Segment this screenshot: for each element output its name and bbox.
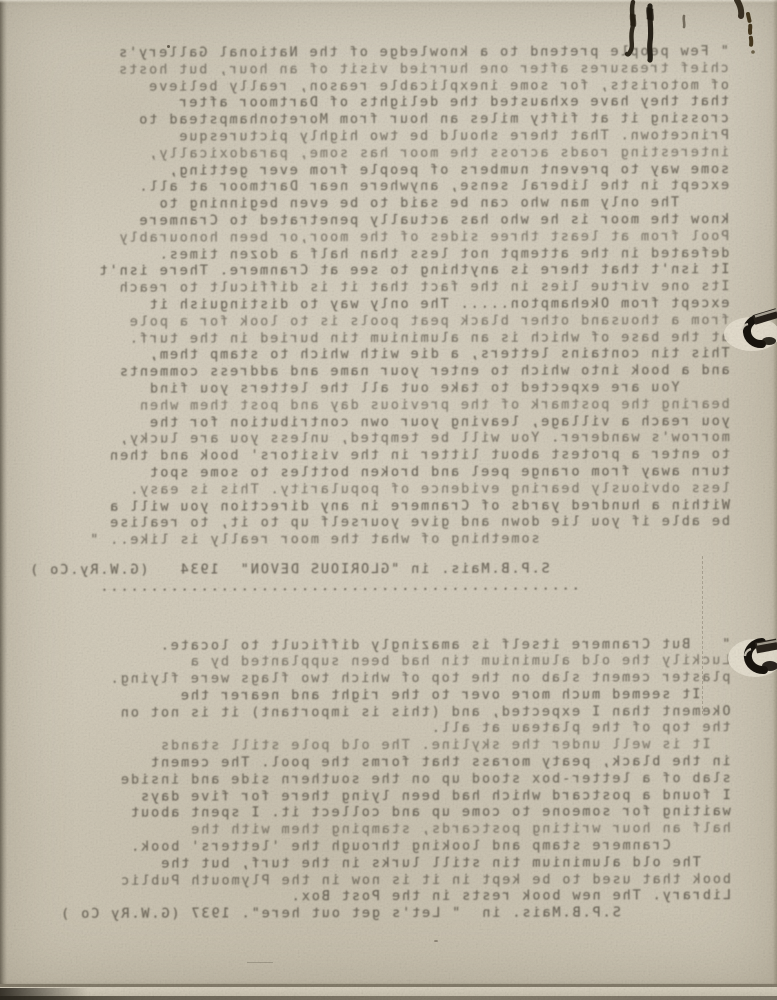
dotted-separator: ........................................… [30,577,730,596]
typed-line: " Few people pretend to a knowledge of t… [29,43,729,62]
passage-cranmere-quote: " But Cranmere itself is amazingly diffi… [30,636,731,907]
typed-line: from a thousand other black peat pools i… [30,312,730,331]
typed-line: Pool from at least three sides of the mo… [29,228,729,247]
typed-line: Cranmere stamp and looking through the '… [31,837,731,856]
typed-line: defeated in the attempt not less than ha… [29,245,729,264]
paper-speck [167,45,170,48]
typed-line: It isn't that there is anything to see a… [29,261,729,280]
citation-lets-get-out-here: S.P.B.Mais. in " Let's get out here". 19… [31,904,731,923]
typed-line: in the black, peaty morass that forms th… [31,753,731,772]
typed-line: less obviously bearing evidence of popul… [30,480,730,499]
typed-line: crossing it at fifty miles an hour from … [29,110,729,129]
typed-line: something of what the moor really is lik… [30,530,730,549]
typed-line: The only man who can be said to be even … [29,194,729,213]
typed-line: Luckily the old aluminium tin had been s… [30,652,730,671]
typed-line: be able if you lie down and give yoursel… [30,513,730,532]
typed-line: book that used to be kept in it is now i… [31,871,731,890]
typed-line: of motorists, for some inexplicable reas… [29,77,729,96]
typed-line: It is well under the skyline. The old po… [31,736,731,755]
citation-glorious-devon: S.P.B.Mais. in "GLORIOUS DEVON" 1934 (G.… [30,560,730,579]
typed-line: It seemed much more over to the right an… [31,686,731,705]
typed-line: know the moor is he who has actually pen… [29,211,729,230]
photographed-typescript: " Few people pretend to a knowledge of t… [0,0,777,1000]
typed-line: turn away from orange peel and broken bo… [30,463,730,482]
paper-speck [247,962,273,963]
typed-text-column: " Few people pretend to a knowledge of t… [29,43,731,923]
typed-line: The old aluminium tin still lurks in the… [31,854,731,873]
vertical-crease [702,556,703,714]
typed-line: except in the liberal sense, anywhere ne… [29,177,729,196]
typed-line: half an hour writing postcards, stamping… [31,820,731,839]
typed-line: at the base of which is an aluminium tin… [30,329,730,348]
mirrored-text-layer: " Few people pretend to a knowledge of t… [0,0,777,1000]
typed-line: that they have exhausted the delights of… [29,93,729,112]
background-below-page [0,996,777,1000]
typed-line: except from Okehampton..... The only way… [30,295,730,314]
typed-line: slab of a letter-box stood up on the sou… [31,770,731,789]
typed-line: This tin contains letters, a die with wh… [30,345,730,364]
typed-line: plaster cement slab on the top of which … [30,669,730,688]
typed-line: interesting roads across the moor has so… [29,144,729,163]
typed-line: and a book into which to enter your name… [30,362,730,381]
typed-line: to enter a protest about litter in the v… [30,446,730,465]
typed-line: Its one virtue lies in the fact that it … [29,278,729,297]
paper-speck [434,940,438,942]
typed-line: Princetown. That there should be two hig… [29,127,729,146]
typed-line: You are expected to take out all the let… [30,379,730,398]
typed-line: bearing the postmark of the previous day… [30,396,730,415]
bottom-left-shadow [0,988,88,1000]
typed-line: morrow's wanderer. You will be tempted, … [30,429,730,448]
passage-dartmoor-quote: " Few people pretend to a knowledge of t… [29,43,730,549]
typed-line: chief treasures after one hurried visit … [29,60,729,79]
